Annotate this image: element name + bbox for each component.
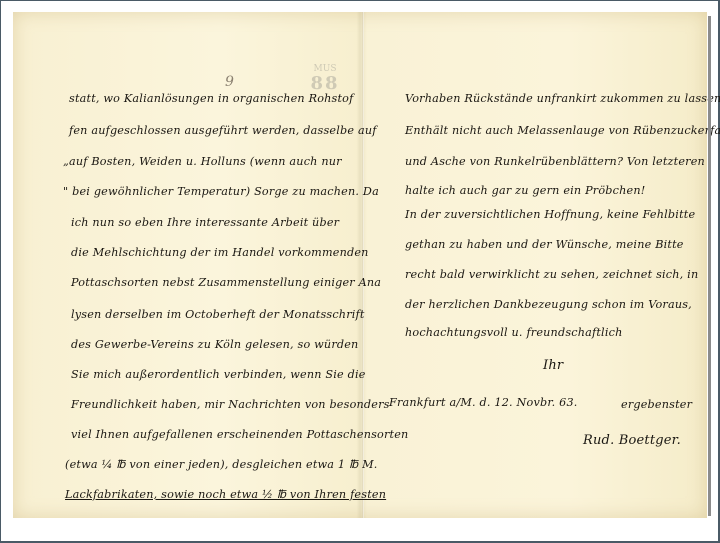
page-number-mark: 9 (225, 74, 234, 90)
right-line-4: halte ich auch gar zu gern ein Pröbchen! (405, 184, 645, 197)
closing-phrase: ergebenster (621, 398, 692, 411)
right-line-3: und Asche von Runkelrübenblättern? Von l… (405, 155, 705, 168)
right-line-8: der herzlichen Dankbezeugung schon im Vo… (405, 298, 692, 311)
right-line-9: hochachtungsvoll u. freundschaftlich (405, 326, 622, 339)
left-line-14: Lackfabrikaten, sowie noch etwa ½ ℔ von … (65, 488, 386, 501)
center-fold (362, 12, 364, 518)
signature: Rud. Boettger. (583, 433, 681, 448)
right-line-7: recht bald verwirklicht zu sehen, zeichn… (405, 268, 698, 281)
left-line-10: Sie mich außerordentlich verbinden, wenn… (71, 368, 366, 381)
left-line-11: Freundlichkeit haben, mir Nachrichten vo… (71, 398, 390, 411)
right-line-5: In der zuversichtlichen Hoffnung, keine … (405, 208, 695, 221)
left-line-12: viel Ihnen aufgefallenen erscheinenden P… (71, 428, 408, 441)
left-line-4: " bei gewöhnlicher Temperatur) Sorge zu … (63, 185, 379, 198)
closing-word: Ihr (543, 358, 563, 373)
image-frame: 9 MUS 88 statt, wo Kalianlösungen in org… (1, 1, 718, 541)
left-line-13: (etwa ¼ ℔ von einer jeden), desgleichen … (65, 458, 378, 471)
left-line-6: die Mehlschichtung der im Handel vorkomm… (71, 246, 369, 259)
left-line-3: „auf Bosten, Weiden u. Holluns (wenn auc… (63, 155, 342, 168)
place-date: Frankfurt a/M. d. 12. Novbr. 63. (389, 396, 578, 409)
right-line-6: gethan zu haben und der Wünsche, meine B… (405, 238, 684, 251)
left-line-8: lysen derselben im Octoberheft der Monat… (71, 308, 365, 321)
left-line-2: fen aufgeschlossen ausgeführt werden, da… (69, 124, 377, 137)
archive-stamp-number: 88 (305, 74, 345, 94)
left-line-9: des Gewerbe-Vereins zu Köln gelesen, so … (71, 338, 358, 351)
left-line-7: Pottaschsorten nebst Zusammenstellung ei… (71, 276, 381, 289)
archive-stamp: MUS 88 (305, 64, 345, 94)
right-line-2: Enthält nicht auch Melassenlauge von Rüb… (405, 124, 720, 137)
letter-paper: 9 MUS 88 statt, wo Kalianlösungen in org… (13, 12, 707, 518)
left-line-5: ich nun so eben Ihre interessante Arbeit… (71, 216, 339, 229)
left-line-1: statt, wo Kalianlösungen in organischen … (69, 92, 353, 105)
right-line-1: Vorhaben Rückstände unfrankirt zukommen … (405, 92, 720, 105)
